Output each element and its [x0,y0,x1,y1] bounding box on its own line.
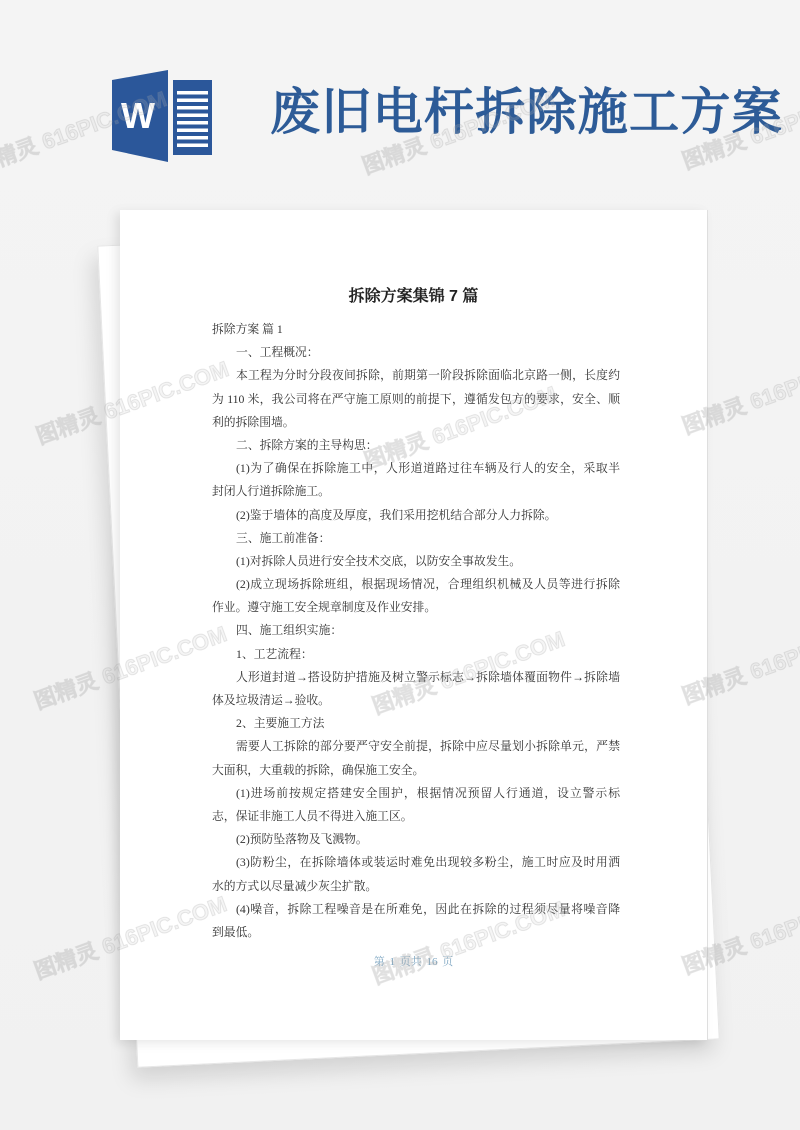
document-body: 拆除方案 篇 1 一、工程概况： 本工程为分时分段夜间拆除，前期第一阶段拆除面临… [212,318,620,944]
body-line: (1)对拆除人员进行安全技术交底，以防安全事故发生。 [212,550,620,573]
body-line: 大面积，大重载的拆除，确保施工安全。 [212,759,620,782]
body-line: (4)噪音，拆除工程噪音是在所难免，因此在拆除的过程须尽量将噪音降 [212,898,620,921]
body-line: (2)预防坠落物及飞溅物。 [212,828,620,851]
body-line: 利的拆除围墙。 [212,411,620,434]
body-line: (2)鉴于墙体的高度及厚度，我们采用挖机结合部分人力拆除。 [212,504,620,527]
subheading: 四、施工组织实施： [212,619,620,642]
word-icon-letter: W [121,95,155,136]
document-title: 拆除方案集锦 7 篇 [120,287,707,307]
body-line: 本工程为分时分段夜间拆除，前期第一阶段拆除面临北京路一侧，长度约 [212,364,620,387]
subheading: 2、主要施工方法 [212,712,620,735]
subheading: 三、施工前准备： [212,527,620,550]
body-line: 志，保证非施工人员不得进入施工区。 [212,805,620,828]
subheading: 二、拆除方案的主导构思： [212,434,620,457]
body-line: (1)为了确保在拆除施工中，人形道道路过往车辆及行人的安全，采取半 [212,457,620,480]
body-line: 需要人工拆除的部分要严守安全前提，拆除中应尽量划小拆除单元，严禁 [212,735,620,758]
section-heading: 拆除方案 篇 1 [212,318,620,341]
body-line: 水的方式以尽量减少灰尘扩散。 [212,875,620,898]
body-line: 为 110 米，我公司将在严守施工原则的前提下，遵循发包方的要求，安全、顺 [212,388,620,411]
body-line: 到最低。 [212,921,620,944]
body-line: 作业。遵守施工安全规章制度及作业安排。 [212,596,620,619]
body-line: 封闭人行道拆除施工。 [212,480,620,503]
document-page: 拆除方案集锦 7 篇 拆除方案 篇 1 一、工程概况： 本工程为分时分段夜间拆除… [120,210,707,1040]
preview-canvas: W 废旧电杆拆除施工方案 拆除方案集锦 7 篇 拆除方案 篇 1 一、工程概况：… [0,0,800,1130]
subheading: 一、工程概况： [212,341,620,364]
word-icon: W [100,65,220,165]
page-footer: 第 1 页共 16 页 [120,954,707,970]
body-line: (2)成立现场拆除班组，根据现场情况，合理组织机械及人员等进行拆除 [212,573,620,596]
body-line: (1)进场前按规定搭建安全围护，根据情况预留人行通道，设立警示标 [212,782,620,805]
subheading: 1、工艺流程： [212,643,620,666]
body-line: (3)防粉尘，在拆除墙体或装运时难免出现较多粉尘，施工时应及时用洒 [212,851,620,874]
body-line: 人形道封道→搭设防护措施及树立警示标志→拆除墙体覆面物件→拆除墙 [212,666,620,689]
header-title: 废旧电杆拆除施工方案 [270,85,783,139]
body-line: 体及垃圾清运→验收。 [212,689,620,712]
